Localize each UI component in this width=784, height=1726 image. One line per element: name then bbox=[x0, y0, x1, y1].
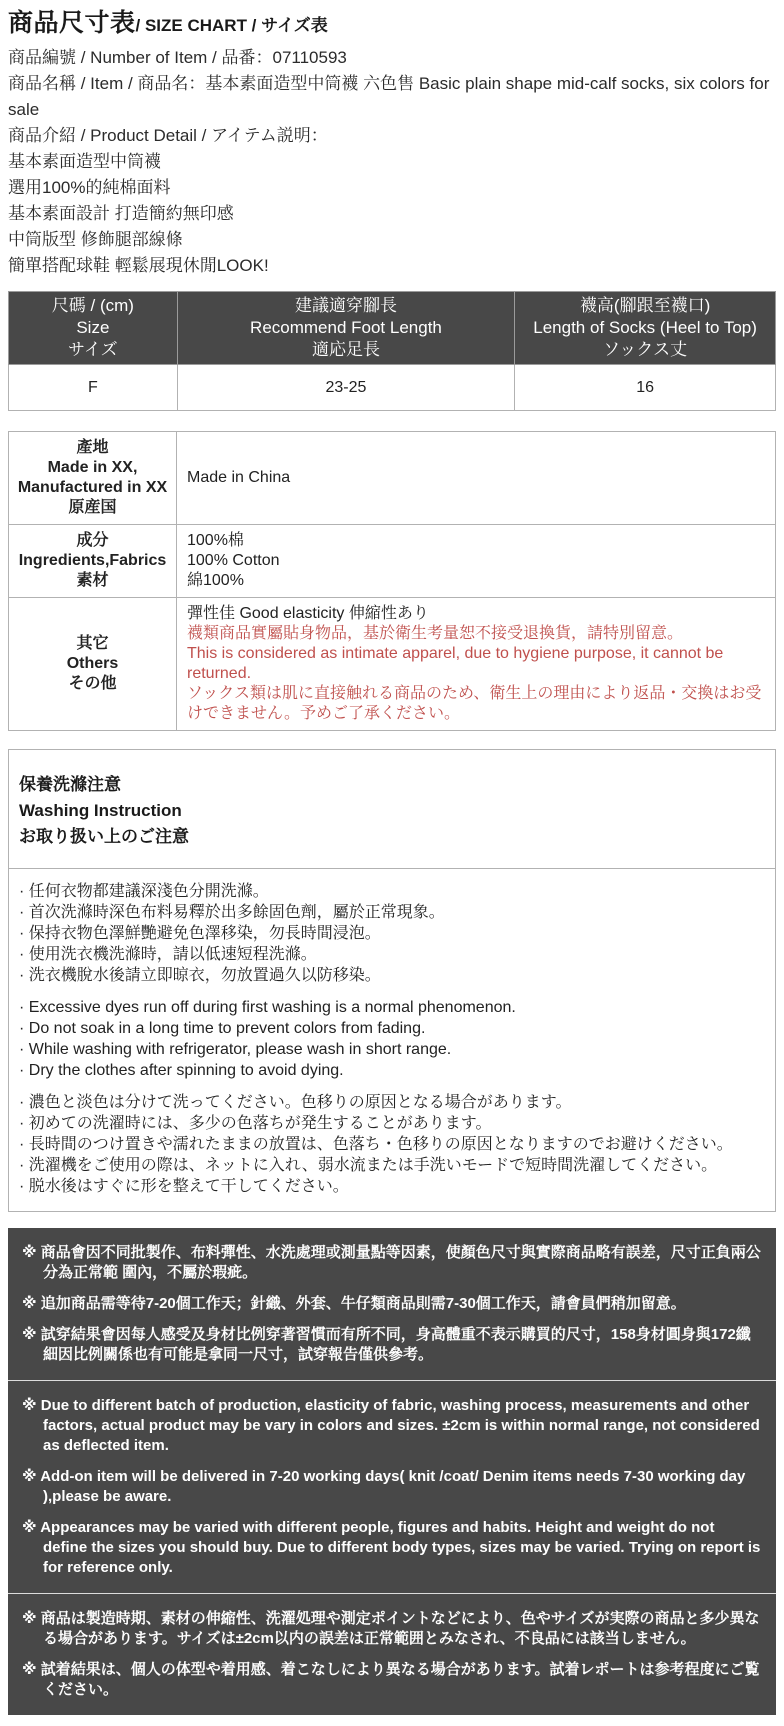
label-line: 成分 bbox=[13, 531, 172, 551]
foot-length-value-cell: 23-25 bbox=[177, 365, 514, 411]
fabric-value-line: 綿100% bbox=[187, 571, 765, 591]
washing-item: · 首次洗滌時深色布料易釋於出多餘固色劑，屬於正常現象。 bbox=[19, 902, 765, 923]
washing-item: · While washing with refrigerator, pleas… bbox=[19, 1039, 765, 1060]
others-value-cell: 彈性佳 Good elasticity 伸縮性あり 襪類商品實屬貼身物品，基於衛… bbox=[177, 598, 776, 731]
label-line: Manufactured in XX bbox=[13, 478, 172, 498]
note-item: ※ Appearances may be varied with differe… bbox=[22, 1518, 762, 1578]
size-value-cell: F bbox=[9, 365, 178, 411]
header-line: 建議適穿腳長 bbox=[180, 295, 512, 317]
fabric-label-cell: 成分 Ingredients,Fabrics 素材 bbox=[9, 525, 177, 598]
washing-title-ja: お取り扱い上のご注意 bbox=[19, 824, 765, 850]
origin-value: Made in China bbox=[187, 468, 765, 488]
origin-value-cell: Made in China bbox=[177, 432, 776, 525]
note-item: ※ 商品會因不同批製作、布料彈性、水洗處理或測量點等因素，使顏色尺寸與實際商品略… bbox=[22, 1243, 762, 1283]
washing-item: · 使用洗衣機洗滌時，請以低速短程洗滌。 bbox=[19, 944, 765, 965]
no-return-warning-en: This is considered as intimate apparel, … bbox=[187, 644, 765, 684]
washing-instruction-title: 保養洗滌注意 Washing Instruction お取り扱い上のご注意 bbox=[9, 750, 775, 868]
origin-label-cell: 產地 Made in XX, Manufactured in XX 原産国 bbox=[9, 432, 177, 525]
label-line: Others bbox=[13, 654, 172, 674]
note-item: ※ 商品は製造時期、素材の伸縮性、洗濯処理や測定ポイントなどにより、色やサイズが… bbox=[22, 1609, 762, 1649]
washing-list-en: · Excessive dyes run off during first wa… bbox=[19, 997, 765, 1081]
washing-list-ja: · 濃色と淡色は分けて洗ってください。色移りの原因となる場合があります。 · 初… bbox=[19, 1092, 765, 1197]
washing-item: · 任何衣物都建議深淺色分開洗滌。 bbox=[19, 881, 765, 902]
size-chart-data-row: F 23-25 16 bbox=[9, 365, 776, 411]
notes-box: ※ 商品會因不同批製作、布料彈性、水洗處理或測量點等因素，使顏色尺寸與實際商品略… bbox=[8, 1228, 776, 1715]
page-title: 商品尺寸表/ SIZE CHART / サイズ表 bbox=[8, 8, 776, 41]
fabric-value-line: 100% Cotton bbox=[187, 551, 765, 571]
item-number-line: 商品編號 / Number of Item / 品番：07110593 bbox=[8, 45, 776, 71]
elasticity-note: 彈性佳 Good elasticity 伸縮性あり bbox=[187, 604, 765, 624]
product-detail-line: 基本素面造型中筒襪 bbox=[8, 149, 776, 175]
washing-item: · 洗衣機脫水後請立即晾衣，勿放置過久以防移染。 bbox=[19, 965, 765, 986]
washing-item: · 洗濯機をご使用の際は、ネットに入れ、弱水流または手洗いモードで短時間洗濯して… bbox=[19, 1155, 765, 1176]
size-chart-page: 商品尺寸表/ SIZE CHART / サイズ表 商品編號 / Number o… bbox=[0, 0, 784, 1726]
washing-item: · 初めての洗濯時には、多少の色落ちが発生することがあります。 bbox=[19, 1113, 765, 1134]
page-title-sub: / SIZE CHART / サイズ表 bbox=[136, 16, 328, 35]
product-detail-line: 選用100%的純棉面料 bbox=[8, 175, 776, 201]
product-detail-line: 基本素面設計 打造簡約無印感 bbox=[8, 201, 776, 227]
fabric-value-line: 100%棉 bbox=[187, 531, 765, 551]
note-item: ※ Due to different batch of production, … bbox=[22, 1396, 762, 1456]
washing-item: · 濃色と淡色は分けて洗ってください。色移りの原因となる場合があります。 bbox=[19, 1092, 765, 1113]
sock-height-column-header: 襪高(腳跟至襪口) Length of Socks (Heel to Top) … bbox=[515, 292, 776, 365]
note-item: ※ 追加商品需等待7-20個工作天；針織、外套、牛仔類商品則需7-30個工作天，… bbox=[22, 1294, 762, 1314]
fabric-row: 成分 Ingredients,Fabrics 素材 100%棉 100% Cot… bbox=[9, 525, 776, 598]
product-detail-line: 簡單搭配球鞋 輕鬆展現休閒LOOK! bbox=[8, 253, 776, 279]
washing-item: · Dry the clothes after spinning to avoi… bbox=[19, 1060, 765, 1081]
product-detail-heading: 商品介紹 / Product Detail / アイテム説明： bbox=[8, 123, 776, 149]
note-item: ※ Add-on item will be delivered in 7-20 … bbox=[22, 1467, 762, 1507]
notes-section-en: ※ Due to different batch of production, … bbox=[8, 1380, 776, 1593]
header-line: ソックス丈 bbox=[517, 339, 773, 361]
washing-item: · Do not soak in a long time to prevent … bbox=[19, 1018, 765, 1039]
washing-item: · Excessive dyes run off during first wa… bbox=[19, 997, 765, 1018]
foot-length-column-header: 建議適穿腳長 Recommend Foot Length 適応足長 bbox=[177, 292, 514, 365]
product-detail-line: 中筒版型 修飾腿部線條 bbox=[8, 227, 776, 253]
header-line: Recommend Foot Length bbox=[180, 317, 512, 339]
label-line: 其它 bbox=[13, 634, 172, 654]
header-line: サイズ bbox=[11, 339, 175, 361]
item-name-line: 商品名稱 / Item / 商品名：基本素面造型中筒襪 六色售 Basic pl… bbox=[8, 71, 776, 123]
page-title-main: 商品尺寸表 bbox=[8, 9, 136, 37]
label-line: 原産国 bbox=[13, 498, 172, 518]
note-item: ※ 試穿結果會因每人感受及身材比例穿著習慣而有所不同，身高體重不表示購買的尺寸，… bbox=[22, 1325, 762, 1365]
label-line: 素材 bbox=[13, 571, 172, 591]
size-chart-table: 尺碼 / (cm) Size サイズ 建議適穿腳長 Recommend Foot… bbox=[8, 291, 776, 411]
note-item: ※ 試着結果は、個人の体型や着用感、着こなしにより異なる場合があります。試着レポ… bbox=[22, 1660, 762, 1700]
no-return-warning-ja: ソックス類は肌に直接触れる商品のため、衛生上の理由により返品・交換はお受けできま… bbox=[187, 684, 765, 724]
others-row: 其它 Others その他 彈性佳 Good elasticity 伸縮性あり … bbox=[9, 598, 776, 731]
no-return-warning-zh: 襪類商品實屬貼身物品，基於衛生考量恕不接受退換貨，請特別留意。 bbox=[187, 624, 765, 644]
header-line: 尺碼 / (cm) bbox=[11, 295, 175, 317]
others-label-cell: 其它 Others その他 bbox=[9, 598, 177, 731]
label-line: その他 bbox=[13, 674, 172, 694]
washing-instruction-list: · 任何衣物都建議深淺色分開洗滌。 · 首次洗滌時深色布料易釋於出多餘固色劑，屬… bbox=[9, 868, 775, 1211]
sock-height-value-cell: 16 bbox=[515, 365, 776, 411]
washing-instruction-box: 保養洗滌注意 Washing Instruction お取り扱い上のご注意 · … bbox=[8, 749, 776, 1212]
header-line: Size bbox=[11, 317, 175, 339]
product-info-table: 產地 Made in XX, Manufactured in XX 原産国 Ma… bbox=[8, 431, 776, 731]
washing-item: · 脱水後はすぐに形を整えて干してください。 bbox=[19, 1176, 765, 1197]
label-line: Made in XX, bbox=[13, 458, 172, 478]
fabric-value-cell: 100%棉 100% Cotton 綿100% bbox=[177, 525, 776, 598]
washing-title-en: Washing Instruction bbox=[19, 798, 765, 824]
notes-section-zh: ※ 商品會因不同批製作、布料彈性、水洗處理或測量點等因素，使顏色尺寸與實際商品略… bbox=[8, 1228, 776, 1380]
size-chart-header-row: 尺碼 / (cm) Size サイズ 建議適穿腳長 Recommend Foot… bbox=[9, 292, 776, 365]
washing-item: · 長時間のつけ置きや濡れたままの放置は、色落ち・色移りの原因となりますのでお避… bbox=[19, 1134, 765, 1155]
size-column-header: 尺碼 / (cm) Size サイズ bbox=[9, 292, 178, 365]
washing-title-zh: 保養洗滌注意 bbox=[19, 772, 765, 798]
header-line: 襪高(腳跟至襪口) bbox=[517, 295, 773, 317]
washing-item: · 保持衣物色澤鮮艷避免色澤移染，勿長時間浸泡。 bbox=[19, 923, 765, 944]
header-line: Length of Socks (Heel to Top) bbox=[517, 317, 773, 339]
notes-section-ja: ※ 商品は製造時期、素材の伸縮性、洗濯処理や測定ポイントなどにより、色やサイズが… bbox=[8, 1593, 776, 1715]
label-line: Ingredients,Fabrics bbox=[13, 551, 172, 571]
header-line: 適応足長 bbox=[180, 339, 512, 361]
origin-row: 產地 Made in XX, Manufactured in XX 原産国 Ma… bbox=[9, 432, 776, 525]
washing-list-zh: · 任何衣物都建議深淺色分開洗滌。 · 首次洗滌時深色布料易釋於出多餘固色劑，屬… bbox=[19, 881, 765, 986]
label-line: 產地 bbox=[13, 438, 172, 458]
